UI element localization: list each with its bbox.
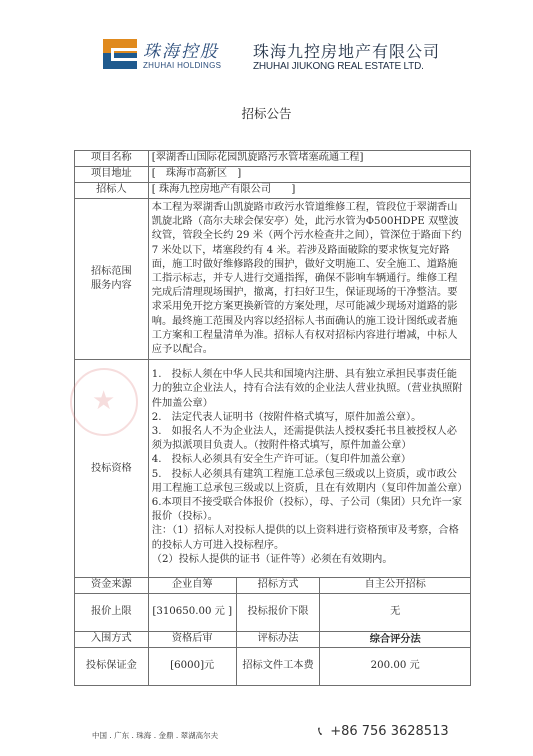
qualification-list: 1. 投标人须在中华人民共和国境内注册、具有独立承担民事责任能力的独立企业法人，… [148, 360, 470, 578]
qualification-item: 2. 法定代表人证明书（按附件格式填写，原件加盖公章）。 [152, 411, 467, 425]
qualification-item: （2）投标人提供的证书（证件等）必须在有效期内。 [152, 553, 467, 567]
qualification-item: 注：（1）招标人对投标人提供的以上资料进行资格预审及考察，合格的投标人方可进入投… [152, 524, 467, 552]
logo-chinese-text: 珠海控股 [143, 37, 219, 62]
table-row: 报价上限 [310650.00 元 ] 投标报价下限 无 [75, 594, 471, 632]
company-name-english: ZHUHAI JIUKONG REAL ESTATE LTD. [253, 61, 424, 72]
scope-label: 招标范围 服务内容 [75, 199, 149, 360]
price-cap-value: [310650.00 元 ] [148, 594, 236, 632]
document-title: 招标公告 [0, 104, 533, 122]
company-name-chinese: 珠海九控房地产有限公司 [253, 39, 440, 62]
price-floor-label: 投标报价下限 [236, 594, 320, 632]
bid-method-label: 招标方式 [236, 578, 320, 594]
fund-source-value: 企业自筹 [148, 578, 236, 594]
table-row: 项目名称 [翠湖香山国际花园凯旋路污水管堵塞疏通工程] [75, 151, 471, 167]
scope-label-line1: 招标范围 [78, 265, 145, 279]
table-row: 招标人 [ 珠海九控房地产有限公司 ] [75, 183, 471, 199]
footer-address: 中国 . 广东 . 珠海 . 金鼎 . 翠湖高尔夫 [92, 730, 218, 741]
qualification-item: 5. 投标人必须具有建筑工程施工总承包三级或以上资质，或市政公用工程施工总承包三… [152, 468, 467, 496]
company-seal-stamp: ★ [70, 368, 138, 436]
shortlist-value: 资格后审 [148, 632, 236, 648]
scope-text: 本工程为翠湖香山凯旋路市政污水管道维修工程，管段位于翠湖香山凯旋北路（高尔夫球会… [148, 199, 470, 360]
table-row: 入围方式 资格后审 评标办法 综合评分法 [75, 632, 471, 648]
tenderer-label: 招标人 [75, 183, 149, 199]
bid-method-value: 自主公开招标 [320, 578, 471, 594]
fund-source-label: 资金来源 [75, 578, 149, 594]
doc-fee-value: 200.00 元 [320, 648, 471, 686]
project-name-label: 项目名称 [75, 151, 149, 167]
table-row: 招标范围 服务内容 本工程为翠湖香山凯旋路市政污水管道维修工程，管段位于翠湖香山… [75, 199, 471, 360]
company-logo-icon [103, 39, 137, 69]
doc-fee-label: 招标文件工本费 [236, 648, 320, 686]
scope-label-line2: 服务内容 [78, 279, 145, 293]
project-name-value: [翠湖香山国际花园凯旋路污水管堵塞疏通工程] [148, 151, 470, 167]
table-row: 投标保证金 [6000]元 招标文件工本费 200.00 元 [75, 648, 471, 686]
project-address-label: 项目地址 [75, 167, 149, 183]
qualification-item: 6.本项目不接受联合体报价（投标），母、子公司（集团）只允许一家报价（投标）。 [152, 496, 467, 524]
shortlist-label: 入围方式 [75, 632, 149, 648]
deposit-label: 投标保证金 [75, 648, 149, 686]
price-floor-value: 无 [320, 594, 471, 632]
price-cap-label: 报价上限 [75, 594, 149, 632]
star-icon: ★ [92, 386, 115, 416]
deposit-value: [6000]元 [148, 648, 236, 686]
evaluation-value: 综合评分法 [320, 632, 471, 648]
qualification-item: 1. 投标人须在中华人民共和国境内注册、具有独立承担民事责任能力的独立企业法人，… [152, 368, 467, 411]
table-row: 项目地址 [ 珠海市高新区 ] [75, 167, 471, 183]
letterhead: 珠海控股 ZHUHAI HOLDINGS 珠海九控房地产有限公司 ZHUHAI … [0, 36, 533, 76]
qualification-item: 4. 投标人必须具有安全生产许可证。（复印件加盖公章） [152, 453, 467, 467]
logo-english-text: ZHUHAI HOLDINGS [143, 61, 221, 70]
evaluation-label: 评标办法 [236, 632, 320, 648]
qualification-item: 3. 如报名人不为企业法人，还需提供法人授权委托书且被授权人必须为拟派项目负责人… [152, 425, 467, 453]
phone-icon: 📞︎ [318, 724, 322, 738]
tenderer-value: [ 珠海九控房地产有限公司 ] [148, 183, 470, 199]
table-row: 资金来源 企业自筹 招标方式 自主公开招标 [75, 578, 471, 594]
footer-phone: 📞︎+86 756 3628513 [318, 724, 449, 739]
phone-number: +86 756 3628513 [330, 724, 448, 739]
project-address-value: [ 珠海市高新区 ] [148, 167, 470, 183]
